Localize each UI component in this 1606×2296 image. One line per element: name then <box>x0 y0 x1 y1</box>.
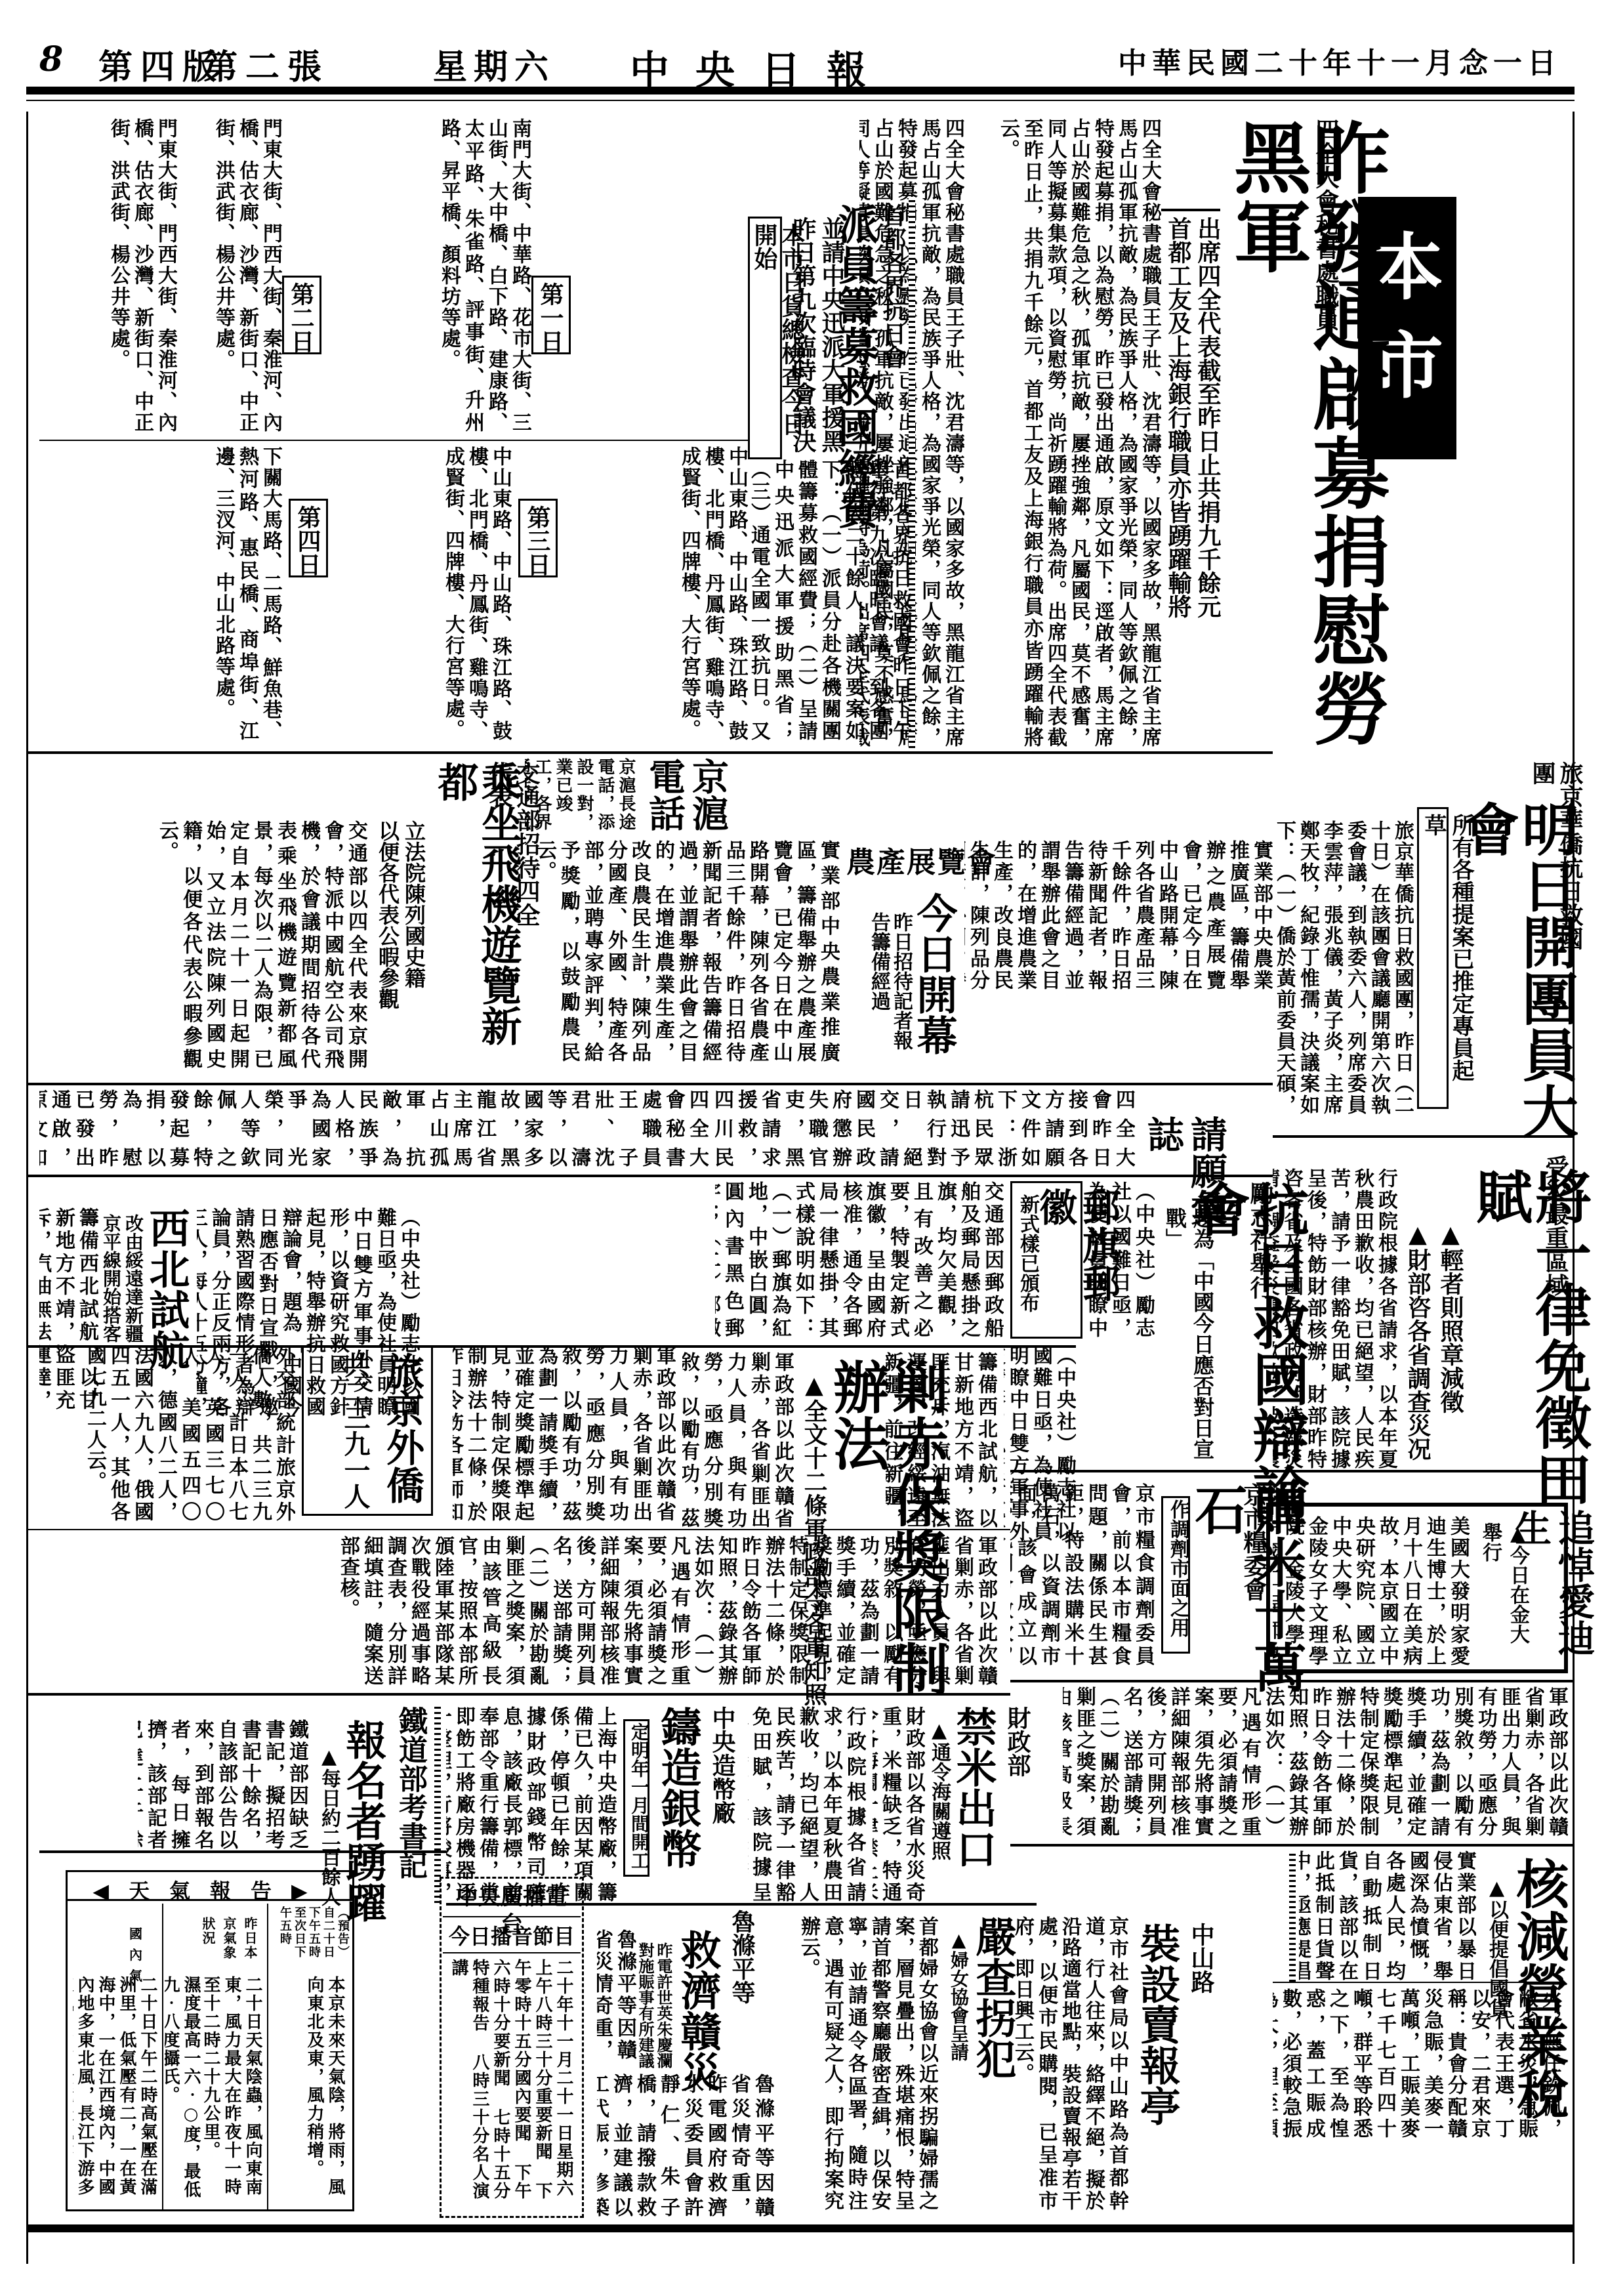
radio-schedule: 二十年十一月二十一日星期六 上午八時三十分重要新聞 下午零時十五分國內要聞 下午… <box>449 1959 574 2208</box>
section-divider <box>1010 1470 1575 1472</box>
weather-header: 國內氣象概況 <box>129 1923 155 1982</box>
headline-main: 嚴查拐犯 <box>971 1916 1014 2080</box>
subheadline: 作調劑市面之用 <box>1164 1499 1191 1650</box>
day-label: 第一日 <box>537 282 564 353</box>
headline-kicker: 昨日招待記者報告籌備經過 <box>873 912 912 1056</box>
headline-kicker: 首都各界抗日會 <box>879 203 907 387</box>
weather-nanjing-temp: 濕度最高一六‧○度，最低九‧八度攝氏。 <box>165 1976 201 2199</box>
day-label: 第三日 <box>524 505 551 576</box>
article-body: 四全大會昨日接到各方請願文件如下：浙杭民眾請迅予執行對日絕交，請國民政府懲辦失職… <box>715 1089 1135 1168</box>
article-body: 外交部統計旅京外僑人數，共二三九一人，計日本八七人，英國三七〇人，美國五四〇人，… <box>39 1345 295 1522</box>
article-body: 首都婦女協會以近來拐騙婦孺之案，層見疊出，殊堪痛恨，特呈請首都警察廳嚴密查緝，以… <box>781 1916 938 2211</box>
headline-main: 農產展覽會 <box>846 846 1010 879</box>
subheadline: ▲財部咨各省調查災况 <box>1404 1221 1431 1483</box>
headline-kicker: 中央造幣廠 <box>709 1706 736 1864</box>
headline-main: 禁米出口 <box>951 1706 995 1903</box>
radio-divider <box>443 1952 581 1953</box>
article-body: 火，無任欽佩，敝省水災，急賑會代表王選，丁以安，二君來京稱：貴會分配贛災急賑，美… <box>1273 1988 1561 2139</box>
subheadline: 昨電許世英朱慶瀾 對施賑事有所建議 <box>636 1942 672 2074</box>
day-body: 下關大馬路、二馬路、鮮魚巷、熱河路、惠民橋、商埠街、江邊、三汊河、中山北路等處。 <box>39 446 282 741</box>
weather-title-bar: ◀天氣報告▶ <box>68 1875 352 1901</box>
weather-col-forecast: （預告）自二十日下午五時至次日下午五時 本京未來天氣陰，將雨，風向東北及東，風力… <box>267 1904 352 2209</box>
headline-main: 郵旗郵徽 <box>1033 1188 1120 1332</box>
day-body: 中山東路、中山路、珠江路、鼓樓、北門橋、丹鳳街、雞鳴寺、成賢街、四牌樓、大行宮等… <box>564 446 748 741</box>
article-body-continued: 魯滌平等因贛省災情奇重，昨電國府救濟水災委員會許靜仁、朱子橋，請撥款救濟，並建議… <box>597 2074 774 2218</box>
article-body: 魯滌平等因贛省災情奇重，昨電國府救濟水災委員會許靜仁、朱子橋，請撥款救濟，並建議… <box>597 1929 636 2060</box>
headline-kicker: 財政部 <box>1004 1706 1031 1798</box>
wavy-divider <box>434 1706 441 1903</box>
headline-main: 本市日貨總檢查今日開始 <box>751 223 806 453</box>
section-divider <box>39 1850 446 1853</box>
article-body: 首都各界抗日救國會昨日下午舉行第九次臨時會議，到各團體代表二十餘人，議決要案如下… <box>748 459 912 741</box>
weather-col-national: 國內氣象概況 二十日下午二時高氣壓在滿洲里，低氣壓有二，一在黃海中，一在江西境內… <box>68 1904 162 2209</box>
headline-main: 旅京外僑 <box>381 1352 424 1509</box>
subheadline: ▲通令海關遵照 <box>925 1719 953 1890</box>
subheadline: 共二三九一人 <box>341 1352 369 1509</box>
article-body: 財政部以各省水災奇重，米糧缺乏，特通令各海關一律禁止米糧出口，以維民食，並飭各關… <box>873 1706 925 1903</box>
masthead-page: 第四版 <box>98 39 224 89</box>
headline-main: 鑄造銀幣 <box>656 1706 699 1903</box>
article-body-continued: 軍政部以此次贛省剿赤，各省剿匪出力人員，與有功勞，亟應分別獎敘，以勵有功，茲為劃… <box>453 1345 676 1522</box>
day-label: 第四日 <box>294 505 321 576</box>
weather-title: 天氣報告 <box>129 1879 291 1904</box>
subheadline: 題為「中國今日應否對日宣戰」 <box>1161 1207 1216 1490</box>
radio-subtitle: 今日播音節目 <box>446 1923 577 1950</box>
article-body: 上海中央造幣廠，籌備已久，前因某項關係，停頓已年餘，昨據財政部錢幣司確息，該廠長… <box>446 1706 617 1903</box>
section-divider <box>39 440 748 441</box>
weather-col-nanjing: 昨日本京氣象狀況 二十日天氣陰蟲，風向東南東，風力最大在昨夜十一時至十二時二十九… <box>162 1904 267 2209</box>
day-body: 中山東路、中山路、珠江路、鼓樓、北門橋、丹鳳街、雞鳴寺、成賢街、四牌樓、大行宮等… <box>335 446 512 741</box>
page-border-left <box>26 112 28 2264</box>
article-body-continued: 四全大會秘書處職員王子壯、沈君濤等，以國家多故，黑龍江省主席馬占山孤軍抗敵，為民… <box>39 1089 709 1168</box>
section-divider <box>26 751 1273 754</box>
article-body: 實業部以暴日侵佔東省，舉國深為憤慨，各處人民，均自動抵制日貨，該部以在此抵制日貨… <box>1299 1850 1476 1982</box>
headline-main: 將一律免徵田賦 <box>1470 1168 1588 1535</box>
newspaper-page: 中華民國二十年十一月念一日 中央日報 星期六 第二張 第四版 8 本 市 四全大… <box>26 39 1575 2270</box>
masthead-page-number: 8 <box>39 39 71 79</box>
article-body: 交通部因郵政船舶及郵局懸掛之旗，均欠美觀，且有改善之必要，特製定新式旗徽，呈由國… <box>715 1181 1004 1339</box>
weather-header: （預告）自二十日下午五時至次日下午五時 <box>271 1906 350 1965</box>
subheadline: 首都工友及上海銀行職員亦皆踴躍輸將 <box>1164 217 1192 728</box>
article-body-continued: 軍政部以此次贛省剿赤，各省剿匪出力人員，與有功勞，亟應分別獎敘，以勵有功，茲為劃… <box>39 1535 997 1686</box>
section-divider <box>26 1693 1010 1696</box>
weather-forecast-text: 本京未來天氣陰，將雨，風向東北及東，風力稍增。 <box>274 1976 346 2199</box>
article-body: 四全大會秘書處職員王子壯、沈君濤等，以國家多故，黑龍江省主席馬占山孤軍抗敵，為民… <box>971 118 1161 748</box>
article-body: 旅京華僑抗日救國團，昨日（二十日）在該團會議廳開第六次執委會議，到執委六人，列席… <box>1276 820 1414 1116</box>
subheadline: ▲婦女協會呈請 <box>945 1929 972 2074</box>
subheadline: 今日開幕 <box>912 892 955 1076</box>
bottom-rule <box>26 2224 1575 2232</box>
day-body: 門東大街、門西大街、秦淮河、內橋、估衣廊、沙灣、新街口、中正街、洪武街、楊公井等… <box>39 118 177 433</box>
masthead-rule <box>26 87 1575 94</box>
weather-national-text: 二十日下午二時高氣壓在滿洲里，低氣壓有二，一在黃海中，一在江西境內，中國內地多東… <box>73 1976 158 2199</box>
triangle-right-icon: ▶ <box>291 1879 327 1904</box>
radio-divider <box>443 1916 581 1917</box>
subheadline: 新式樣已頒布 <box>1014 1194 1041 1325</box>
section-divider <box>26 1175 1273 1177</box>
day-body: 南門大街、中華路、花市大街、三山街、大中橋、白下路、建康路、太平路、朱雀路、評事… <box>335 118 531 433</box>
headline-main: 裝設賣報亭 <box>1135 1923 1178 2139</box>
subheadline: 所有各種提案已推定專員起草 <box>1420 814 1475 1102</box>
triangle-left-icon: ◀ <box>93 1879 129 1904</box>
masthead-weekday: 星期六 <box>433 39 555 89</box>
article-body-continued: 行政院根據各省請求，以本年夏秋農田歉收，均已絕望，人民疾苦，請予一律豁免田賦，該… <box>748 1706 866 1903</box>
wavy-divider <box>1289 1850 1296 1982</box>
subheadline: 定明年一月間開工 <box>625 1722 653 1873</box>
article-body: 美國大發明家愛迪生博士，於上月十八日在美病故，本京國立中央研究院、國立中央大學、… <box>1273 1516 1470 1667</box>
article-body: 實業部中央農業推廣區，籌備舉辦之農產展覽會，已定今日在中山路開幕，陳列各省農產品… <box>964 840 1273 991</box>
day-label: 第二日 <box>287 282 315 353</box>
article-body: 交通部以四全代表來京開會，特派中國航空公司飛機，於會議期間招待各代表乘坐飛機遊覽… <box>39 820 367 1070</box>
subheadline: ▲今日在金大舉行 <box>1476 1522 1531 1654</box>
article-body: 京滬長途電話，添設一對，業已竣工，各界通話，咸稱便利，該局現飭工添掛電線一對，限… <box>525 758 636 837</box>
subheadline: ▲輕者則照章減徵 <box>1437 1221 1464 1483</box>
section-divider <box>26 1529 1010 1530</box>
subheadline: 改由綏遠達新疆 京平線開始搭客 <box>98 1214 144 1345</box>
subheadline: 出席四全代表截至昨日止共捐九千餘元 <box>1194 217 1222 728</box>
subheadline: 立法院陳列國史籍 <box>400 820 428 1024</box>
section-divider <box>26 1083 1273 1085</box>
headline-main: 昨發通啟募捐慰勞黑軍 <box>1227 118 1384 748</box>
weather-header: 昨日本京氣象狀況 <box>169 1917 260 1963</box>
article-body: 實業部中央農業推廣區，籌備舉辦之農產展覽會，已定今日在中山路開幕，陳列各省農產品… <box>525 840 840 1063</box>
section-divider <box>1010 1844 1575 1847</box>
masthead-date: 中華民國二十年十一月念一日 <box>1118 39 1561 81</box>
weather-table: （預告）自二十日下午五時至次日下午五時 本京未來天氣陰，將雨，風向東北及東，風力… <box>68 1904 352 2209</box>
weather-box: ◀天氣報告▶ （預告）自二十日下午五時至次日下午五時 本京未來天氣陰，將雨，風向… <box>66 1870 354 2211</box>
section-divider <box>1273 1135 1575 1138</box>
headline-kicker: 魯滌平等 <box>728 1910 756 2028</box>
subhead-rule <box>1161 209 1220 211</box>
article-body: 鐵道部因缺乏書記，擬招考書記十餘名，自該部公告以來，到部報名者，每日擁擠，該部記… <box>138 1719 308 1850</box>
article-body: 京市糧食調劑委員會，前以本市糧食問題，關係民生甚鉅，特設法購米十萬石，以資調劑市… <box>1010 1483 1155 1667</box>
headline-main: 京滬電話 <box>643 758 730 837</box>
day-body: 門東大街、門西大街、秦淮河、內橋、估衣廊、沙灣、新街口、中正街、洪武街、楊公井等… <box>184 118 282 433</box>
article-body: 軍政部以此次贛省剿赤，各省剿匪出力人員，與有功勞，亟應分別獎敘，以勵有功，茲為劃… <box>682 1352 794 1529</box>
headline-kicker: 中山路 <box>1187 1923 1215 2014</box>
masthead-rule-thin <box>26 100 1575 101</box>
weather-nanjing-wind: 二十日天氣陰蟲，風向東南東，風力最大在昨夜十一時至十二時二十九公里。 <box>204 1976 263 2199</box>
section-divider <box>1010 1680 1575 1682</box>
article-body: 京市社會局以中山路為首都幹道，行人往來，絡繹不絕，擬於沿路適當地點，裝設賣報亭若… <box>1010 1916 1128 2211</box>
headline-kicker: 鐵道部考書記 <box>394 1706 426 1903</box>
section-divider <box>1273 1982 1561 1983</box>
article-body-continued: 軍政部以此次贛省剿赤，各省剿匪出力人員，與有功勞，亟應分別獎敘，以勵有功，茲為劃… <box>1063 1686 1568 1837</box>
subheadline: 以便各代表公暇參觀 <box>374 820 401 1024</box>
headline-main: 乘坐飛機遊覽新都 <box>433 761 520 1056</box>
